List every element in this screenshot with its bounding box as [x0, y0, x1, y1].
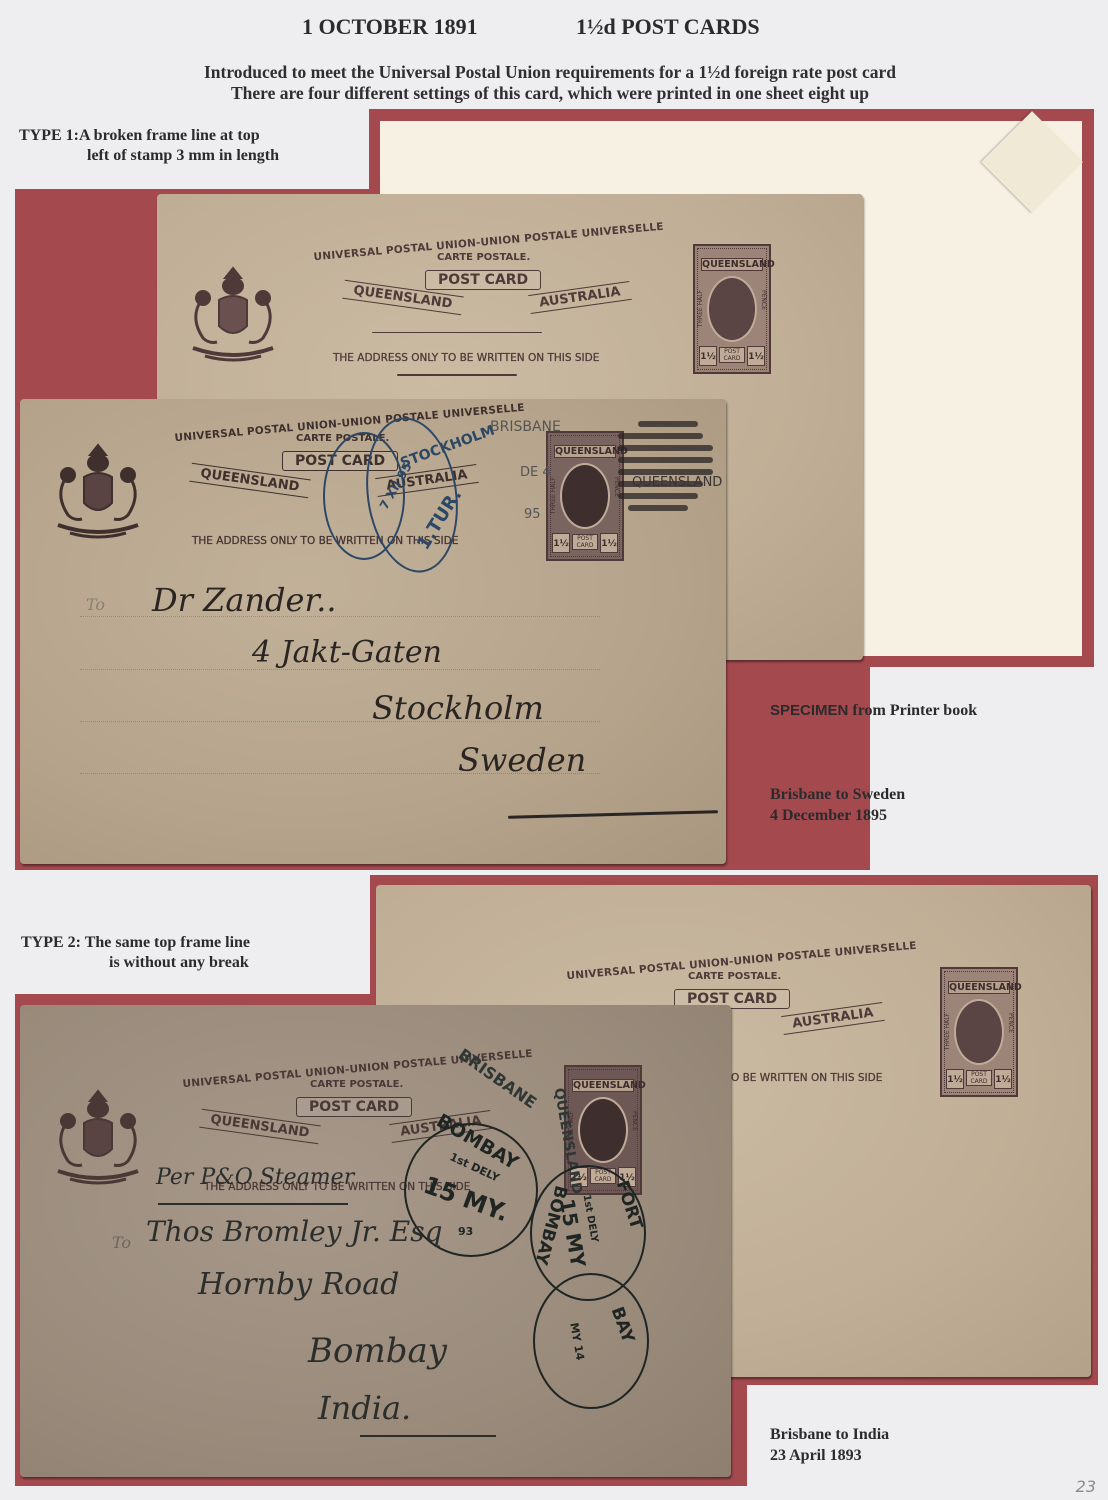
queen-portrait-icon: [707, 276, 757, 342]
queen-portrait-icon: [578, 1097, 628, 1163]
stamp-side-right: PENCE: [631, 1111, 638, 1131]
underline-flourish: [508, 810, 718, 818]
specimen-caption-bold: SPECIMEN: [770, 702, 848, 719]
stamp-value-left: 1½: [552, 533, 570, 553]
duplex-year: 95: [524, 507, 541, 522]
post-card-banner: POST CARD: [425, 270, 541, 290]
duplex-queensland: QUEENSLAND: [632, 475, 722, 490]
type1-label: TYPE 1:A broken frame line at top left o…: [19, 126, 279, 166]
to-label: To: [112, 1233, 131, 1252]
address-line-2: Hornby Road: [198, 1267, 399, 1302]
ornament: [397, 374, 517, 376]
stamp-name: QUEENSLAND: [701, 258, 763, 271]
ribbon-australia: AUSTRALIA: [528, 281, 631, 314]
stamp-value-left: 1½: [699, 346, 717, 366]
queen-portrait-icon: [954, 999, 1004, 1065]
routing-instruction: Per P&O Steamer: [156, 1165, 354, 1190]
address-line-4: Sweden: [458, 741, 586, 779]
routing-underline: [158, 1203, 348, 1205]
india-underline: [360, 1435, 496, 1437]
stamp-value-right: 1½: [600, 533, 618, 553]
indicium-stamp: QUEENSLAND THREE HALF PENCE 1½ POST CARD…: [546, 431, 624, 561]
ornament: [372, 332, 542, 333]
page-number: 23: [1076, 1477, 1096, 1496]
stamp-bottom: POST CARD: [572, 534, 598, 550]
stamp-side-right: PENCE: [1007, 1013, 1014, 1033]
sweden-caption-line2: 4 December 1895: [770, 805, 905, 826]
stamp-name: QUEENSLAND: [948, 981, 1010, 994]
coat-of-arms-icon: [50, 1087, 146, 1187]
india-caption-line1: Brisbane to India: [770, 1424, 889, 1445]
type1-label-line1: TYPE 1:A broken frame line at top: [19, 126, 279, 146]
stamp-value-left: 1½: [946, 1069, 964, 1089]
specimen-caption: SPECIMEN from Printer book: [770, 700, 977, 721]
address-line-3: Stockholm: [372, 689, 544, 727]
bombay-postmark-year: 93: [458, 1225, 473, 1238]
stamp-side-left: THREE HALF: [550, 477, 557, 514]
address-only-text: THE ADDRESS ONLY TO BE WRITTEN ON THIS S…: [333, 352, 599, 364]
stamp-value-right: 1½: [747, 346, 765, 366]
carte-postale: CARTE POSTALE.: [310, 1079, 403, 1090]
type1-label-line2: left of stamp 3 mm in length: [19, 146, 279, 166]
india-caption-line2: 23 April 1893: [770, 1445, 889, 1466]
intro-line-2: There are four different settings of thi…: [0, 83, 1100, 104]
coat-of-arms-icon: [185, 264, 281, 364]
indicium-stamp: QUEENSLAND THREE HALF PENCE 1½ POST CARD…: [940, 967, 1018, 1097]
sweden-card: UNIVERSAL POSTAL UNION-UNION POSTALE UNI…: [20, 399, 726, 864]
duplex-date: DE 4: [520, 465, 551, 480]
carte-postale: CARTE POSTALE.: [688, 971, 781, 982]
stamp-bottom: POST CARD: [719, 347, 745, 363]
duplex-brisbane: BRISBANE: [490, 419, 561, 435]
stamp-name: QUEENSLAND: [554, 445, 616, 458]
stamp-side-right: PENCE: [760, 290, 767, 310]
queen-portrait-icon: [560, 463, 610, 529]
sweden-caption: Brisbane to Sweden 4 December 1895: [770, 784, 905, 826]
type2-label-line2: is without any break: [21, 953, 250, 973]
stamp-name: QUEENSLAND: [572, 1079, 634, 1092]
stamp-side-left: THREE HALF: [697, 290, 704, 327]
stamp-side-left: THREE HALF: [944, 1013, 951, 1050]
to-label: To: [86, 595, 105, 614]
page-title-subject: 1½d POST CARDS: [576, 14, 760, 40]
address-line-4: India.: [318, 1389, 411, 1427]
address-line-1: Dr Zander..: [152, 581, 337, 619]
india-caption: Brisbane to India 23 April 1893: [770, 1424, 889, 1466]
ribbon-australia: AUSTRALIA: [781, 1002, 884, 1035]
coat-of-arms-icon: [50, 441, 146, 541]
page-title-date: 1 OCTOBER 1891: [302, 14, 478, 40]
address-line-1: Thos Bromley Jr. Esq: [146, 1215, 443, 1248]
stamp-value-right: 1½: [994, 1069, 1012, 1089]
india-card: UNIVERSAL POSTAL UNION-UNION POSTALE UNI…: [20, 1005, 731, 1477]
page-gap: [870, 667, 1108, 872]
carte-postale: CARTE POSTALE.: [437, 252, 530, 263]
indicium-stamp: QUEENSLAND THREE HALF PENCE 1½ POST CARD…: [693, 244, 771, 374]
intro-text: Introduced to meet the Universal Postal …: [0, 62, 1100, 104]
stamp-bottom: POST CARD: [966, 1070, 992, 1086]
intro-line-1: Introduced to meet the Universal Postal …: [0, 62, 1100, 83]
address-line-2: 4 Jakt-Gaten: [252, 635, 442, 670]
duplex-cancel-bars: [618, 421, 718, 517]
type2-label-line1: TYPE 2: The same top frame line: [21, 933, 250, 953]
post-card-banner: POST CARD: [296, 1097, 412, 1117]
sweden-caption-line1: Brisbane to Sweden: [770, 784, 905, 805]
address-line-3: Bombay: [308, 1331, 447, 1371]
type2-label: TYPE 2: The same top frame line is witho…: [21, 933, 250, 973]
specimen-caption-rest: from Printer book: [848, 702, 977, 719]
